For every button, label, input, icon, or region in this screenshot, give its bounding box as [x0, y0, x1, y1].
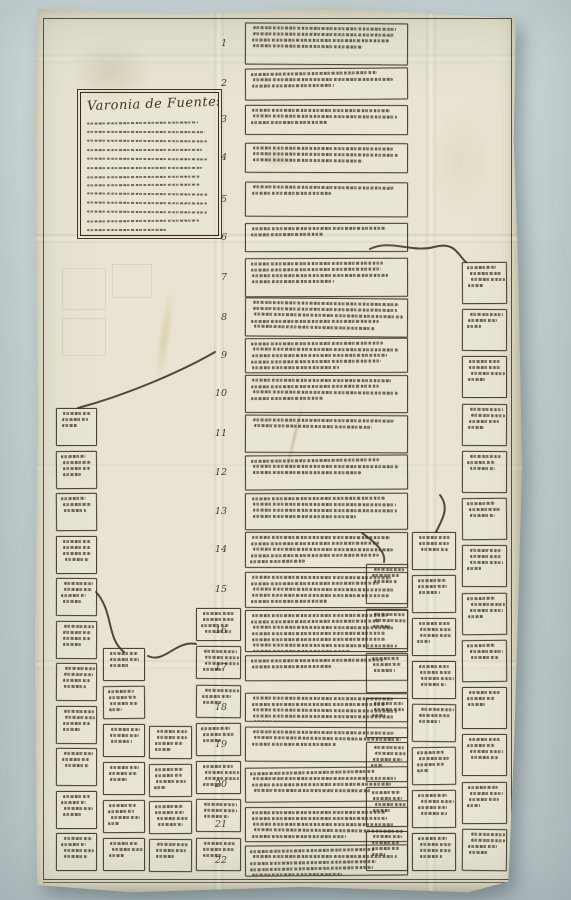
handwriting-line: [64, 673, 93, 676]
entry-box: [245, 182, 408, 218]
handwriting-line: [64, 685, 86, 688]
handwriting-line: [252, 835, 346, 838]
handwriting-line: [251, 71, 378, 76]
handwriting-line: [470, 650, 503, 653]
stain-blob-2: [432, 102, 492, 222]
handwriting-line: [205, 630, 231, 633]
handwriting-line: [63, 795, 90, 798]
handwriting-line: [252, 632, 385, 635]
entry-box: [149, 838, 192, 871]
handwriting-line: [471, 756, 498, 759]
handwriting-line: [417, 763, 444, 766]
handwriting-line: [470, 455, 502, 458]
handwriting-line: [109, 854, 124, 857]
handwriting-line: [156, 854, 174, 857]
handwriting-line: [420, 671, 451, 674]
handwriting-line: [251, 497, 384, 500]
handwriting-line: [467, 461, 495, 464]
handwriting-line: [63, 466, 90, 469]
handwriting-line: [253, 465, 399, 468]
handwriting-line: [417, 769, 429, 772]
handwriting-line: [253, 147, 393, 151]
handwriting-line: [467, 567, 481, 570]
handwriting-line: [253, 152, 398, 156]
handwriting-line: [467, 596, 496, 599]
entry-box: [245, 105, 408, 135]
handwriting-line: [63, 728, 80, 731]
handwriting-line: [63, 472, 81, 475]
handwriting-line: [87, 130, 205, 133]
handwriting-line: [251, 267, 381, 271]
generation-number: 9: [213, 351, 227, 361]
handwriting-line: [108, 822, 119, 825]
entry-box: [245, 258, 408, 297]
entry-box: [56, 536, 97, 574]
handwriting-line: [467, 644, 495, 647]
handwriting-line: [418, 806, 447, 809]
handwriting-line: [469, 691, 500, 694]
handwriting-line: [253, 650, 351, 652]
entry-box: [462, 829, 507, 872]
entry-box: [412, 575, 456, 613]
handwriting-line: [418, 837, 447, 840]
handwriting-line: [87, 175, 200, 178]
handwriting-line: [204, 815, 229, 818]
handwriting-line: [252, 536, 390, 539]
handwriting-line: [467, 325, 481, 328]
handwriting-line: [109, 804, 136, 807]
handwriting-line: [157, 730, 187, 733]
entry-box: [56, 833, 97, 871]
handwriting-line: [470, 555, 502, 558]
handwriting-line: [419, 757, 449, 760]
handwriting-line: [374, 568, 404, 571]
handwriting-line: [470, 272, 502, 275]
ghost-grid: [112, 264, 152, 298]
handwriting-line: [471, 372, 505, 375]
handwriting-line: [372, 791, 400, 794]
handwriting-line: [252, 783, 391, 786]
entry-box: [462, 309, 507, 351]
handwriting-line: [373, 663, 401, 666]
handwriting-line: [252, 354, 387, 357]
handwriting-line: [470, 791, 503, 794]
handwriting-line: [468, 284, 483, 287]
handwriting-line: [467, 744, 495, 747]
handwriting-line: [469, 360, 500, 363]
handwriting-line: [420, 634, 452, 637]
handwriting-line: [421, 812, 447, 815]
entry-box: [245, 67, 408, 100]
entry-box: [366, 742, 408, 782]
handwriting-line: [201, 727, 230, 730]
entry-box: [149, 801, 192, 834]
ghost-grid: [62, 318, 106, 356]
handwriting-line: [87, 229, 167, 232]
handwriting-line: [61, 454, 86, 457]
handwriting-line: [203, 618, 234, 621]
handwriting-line: [155, 767, 183, 770]
entry-box: [149, 726, 192, 759]
handwriting-line: [61, 594, 86, 597]
handwriting-line: [204, 809, 237, 812]
handwriting-line: [204, 842, 236, 845]
handwriting-line: [421, 800, 454, 803]
entry-box: [366, 608, 408, 648]
handwriting-line: [65, 716, 95, 719]
handwriting-line: [467, 266, 496, 269]
entry-box: [462, 687, 507, 729]
handwriting-line: [469, 508, 501, 511]
entry-box: [462, 781, 507, 823]
handwriting-line: [251, 121, 327, 124]
handwriting-line: [253, 26, 396, 30]
entry-box: [412, 532, 456, 570]
entry-box: [245, 532, 408, 568]
handwriting-line: [203, 612, 234, 615]
handwriting-line: [62, 424, 77, 427]
handwriting-line: [252, 227, 386, 230]
handwriting-line: [155, 748, 171, 751]
handwriting-line: [252, 84, 334, 87]
handwriting-line: [375, 803, 406, 806]
entry-box: [103, 762, 145, 795]
connector-right-col2: [436, 495, 445, 532]
handwriting-line: [371, 853, 384, 856]
handwriting-line: [253, 471, 361, 474]
handwriting-line: [109, 772, 137, 775]
handwriting-line: [155, 742, 183, 745]
entry-box: [196, 684, 241, 718]
entry-box: [196, 646, 241, 680]
handwriting-line: [252, 280, 334, 283]
handwriting-line: [471, 407, 505, 410]
handwriting-line: [253, 44, 363, 48]
handwriting-line: [417, 640, 430, 643]
entry-box: [196, 838, 241, 871]
handwriting-line: [253, 301, 399, 306]
connector-left-col2: [96, 592, 124, 652]
entry-box: [412, 833, 456, 871]
handwriting-line: [470, 313, 503, 316]
entry-box: [245, 23, 408, 66]
entry-box: [103, 686, 145, 719]
handwriting-line: [205, 688, 239, 691]
handwriting-line: [61, 843, 86, 846]
handwriting-line: [375, 618, 406, 621]
handwriting-line: [61, 801, 86, 804]
handwriting-line: [371, 764, 383, 767]
entry-box: [245, 455, 408, 491]
handwriting-line: [87, 148, 202, 151]
handwriting-line: [64, 837, 92, 840]
handwriting-line: [373, 797, 402, 800]
entry-box: [412, 661, 456, 699]
ghost-grid: [62, 268, 106, 310]
entry-box: [245, 223, 408, 252]
handwriting-line: [252, 109, 390, 112]
handwriting-line: [470, 561, 503, 564]
handwriting-line: [64, 855, 87, 858]
handwriting-line: [372, 657, 399, 660]
handwriting-line: [253, 515, 356, 518]
handwriting-line: [252, 638, 385, 641]
handwriting-line: [110, 734, 139, 737]
handwriting-line: [111, 848, 142, 851]
handwriting-line: [61, 497, 86, 500]
generation-number: 7: [213, 273, 227, 283]
entry-box: [412, 704, 456, 742]
entry-box: [103, 648, 145, 681]
handwriting-line: [374, 580, 397, 583]
handwriting-line: [253, 158, 363, 162]
entry-box: [366, 787, 408, 827]
handwriting-line: [111, 740, 132, 743]
handwriting-line: [252, 379, 391, 382]
handwriting-line: [87, 193, 209, 197]
entry-box: [412, 790, 456, 828]
handwriting-line: [418, 579, 446, 582]
handwriting-line: [254, 424, 372, 429]
entry-box: [245, 375, 408, 413]
handwriting-line: [108, 810, 134, 813]
handwriting-line: [252, 665, 333, 668]
handwriting-line: [254, 312, 403, 318]
handwriting-line: [253, 307, 397, 312]
entry-box: [462, 404, 507, 447]
handwriting-line: [420, 855, 442, 858]
handwriting-line: [65, 557, 89, 560]
entry-box: [462, 545, 507, 587]
handwriting-line: [471, 832, 505, 835]
handwriting-line: [252, 274, 388, 277]
handwriting-line: [250, 860, 376, 865]
generation-number: 4: [213, 153, 227, 163]
entry-box: [462, 640, 507, 683]
handwriting-line: [204, 650, 237, 653]
handwriting-line: [372, 714, 385, 717]
entry-box: [245, 338, 408, 373]
handwriting-line: [375, 612, 406, 615]
handwriting-line: [205, 662, 239, 665]
handwriting-line: [63, 643, 81, 646]
handwriting-line: [253, 418, 395, 422]
handwriting-line: [468, 378, 485, 381]
handwriting-line: [87, 157, 207, 160]
handwriting-line: [64, 849, 94, 852]
entry-box: [366, 831, 408, 871]
handwriting-line: [468, 426, 484, 429]
handwriting-line: [63, 552, 91, 555]
entry-box: [56, 408, 97, 446]
entry-box: [245, 415, 408, 454]
handwriting-line: [251, 320, 379, 323]
handwriting-line: [470, 609, 503, 612]
handwriting-line: [468, 845, 497, 848]
handwriting-line: [64, 582, 93, 585]
paper: Varonia de Fuentes 123456789101112131415…: [34, 6, 522, 894]
handwriting-line: [64, 588, 92, 591]
handwriting-line: [64, 509, 86, 512]
generation-number: 13: [213, 507, 227, 517]
handwriting-line: [109, 708, 122, 711]
handwriting-line: [110, 766, 139, 769]
handwriting-line: [157, 736, 187, 739]
handwriting-line: [417, 751, 444, 754]
photo-backdrop: { "photo": { "backdrop_color": "#c8d4d5"…: [0, 0, 571, 900]
handwriting-line: [154, 785, 166, 788]
handwriting-line: [157, 817, 188, 820]
handwriting-line: [468, 319, 497, 322]
handwriting-line: [420, 714, 451, 717]
handwriting-line: [375, 752, 406, 755]
handwriting-line: [253, 509, 397, 512]
handwriting-line: [471, 413, 505, 416]
handwriting-line: [203, 739, 222, 742]
handwriting-line: [419, 591, 440, 594]
handwriting-line: [468, 785, 498, 788]
handwriting-line: [467, 502, 495, 505]
handwriting-line: [251, 582, 379, 585]
handwriting-line: [251, 397, 323, 400]
handwriting-line: [108, 690, 134, 693]
handwriting-line: [421, 677, 454, 680]
handwriting-line: [372, 847, 399, 850]
handwriting-line: [469, 738, 500, 741]
handwriting-line: [63, 503, 91, 506]
handwriting-line: [374, 746, 404, 749]
handwriting-line: [251, 342, 383, 345]
handwriting-line: [250, 866, 373, 871]
handwriting-line: [373, 758, 402, 761]
handwriting-line: [87, 220, 199, 223]
handwriting-line: [419, 720, 440, 723]
handwriting-line: [111, 816, 140, 819]
handwriting-line: [250, 770, 375, 775]
handwriting-line: [110, 778, 127, 781]
handwriting-line: [87, 202, 207, 205]
handwriting-line: [62, 758, 89, 761]
handwriting-line: [253, 503, 396, 506]
handwriting-line: [374, 669, 395, 672]
handwriting-line: [87, 166, 202, 169]
handwriting-line: [203, 783, 222, 786]
handwriting-line: [252, 192, 332, 195]
entry-box: [56, 450, 97, 488]
handwriting-line: [470, 514, 495, 517]
handwriting-line: [251, 659, 383, 663]
paper-wrap: Varonia de Fuentes 123456789101112131415…: [34, 6, 522, 894]
entry-box: [196, 761, 241, 794]
handwriting-line: [251, 458, 380, 462]
handwriting-line: [469, 420, 499, 423]
handwriting-line: [251, 554, 379, 557]
generation-number: 1: [213, 39, 227, 49]
handwriting-line: [374, 702, 403, 705]
handwriting-line: [62, 418, 88, 421]
handwriting-line: [251, 359, 381, 363]
entry-box: [103, 838, 145, 871]
handwriting-line: [470, 549, 502, 552]
handwriting-line: [110, 842, 138, 845]
handwriting-line: [469, 366, 501, 369]
title-cartouche: Varonia de Fuentes: [80, 92, 219, 236]
handwriting-line: [63, 460, 91, 463]
entry-box: [462, 451, 507, 493]
handwriting-line: [87, 211, 207, 214]
handwriting-line: [202, 765, 232, 768]
handwriting-line: [469, 797, 499, 800]
entry-box: [56, 621, 97, 659]
chart-border-bottom-line: [43, 882, 510, 883]
handwriting-line: [205, 771, 239, 774]
handwriting-line: [204, 803, 237, 806]
handwriting-line: [109, 696, 136, 699]
handwriting-line: [251, 262, 383, 265]
entry-box: [462, 734, 507, 776]
handwriting-line: [372, 841, 399, 844]
handwriting-line: [202, 695, 231, 698]
entry-box: [462, 498, 507, 541]
generation-number: 8: [213, 313, 227, 323]
handwriting-line: [252, 743, 336, 746]
entry-box: [56, 663, 97, 701]
handwriting-line: [421, 548, 448, 551]
handwriting-line: [419, 542, 449, 545]
entry-box: [56, 578, 97, 616]
handwriting-line: [87, 184, 200, 187]
entry-box: [196, 799, 241, 833]
entry-box: [462, 592, 507, 635]
stain-streak: [151, 288, 178, 387]
generation-number: 10: [213, 389, 227, 399]
handwriting-line: [110, 702, 138, 705]
handwriting-line: [157, 842, 188, 845]
handwriting-line: [64, 807, 93, 810]
handwriting-line: [155, 805, 183, 808]
handwriting-line: [64, 624, 94, 627]
handwriting-line: [420, 843, 452, 846]
generation-number: 5: [213, 195, 227, 205]
generation-number: 11: [213, 429, 227, 439]
handwriting-line: [63, 546, 91, 549]
handwriting-line: [373, 835, 402, 838]
handwriting-line: [468, 615, 483, 618]
handwriting-line: [418, 794, 447, 797]
handwriting-line: [251, 542, 380, 545]
connector-left-s-curve: [78, 352, 215, 408]
handwriting-line: [373, 624, 390, 627]
generation-number: 3: [213, 115, 227, 125]
generation-number: 12: [213, 468, 227, 478]
handwriting-line: [471, 656, 499, 659]
handwriting-line: [470, 750, 503, 753]
handwriting-line: [252, 873, 342, 876]
entry-box: [56, 493, 97, 531]
handwriting-line: [63, 631, 91, 634]
handwriting-line: [420, 628, 451, 631]
handwriting-line: [372, 574, 399, 577]
handwriting-line: [253, 185, 395, 189]
handwriting-line: [253, 548, 393, 551]
entry-box: [245, 297, 408, 337]
handwriting-line: [254, 720, 371, 722]
handwriting-line: [469, 851, 489, 854]
handwriting-line: [63, 412, 91, 415]
handwriting-line: [203, 848, 235, 851]
handwriting-line: [419, 536, 450, 539]
handwriting-line: [64, 752, 93, 755]
